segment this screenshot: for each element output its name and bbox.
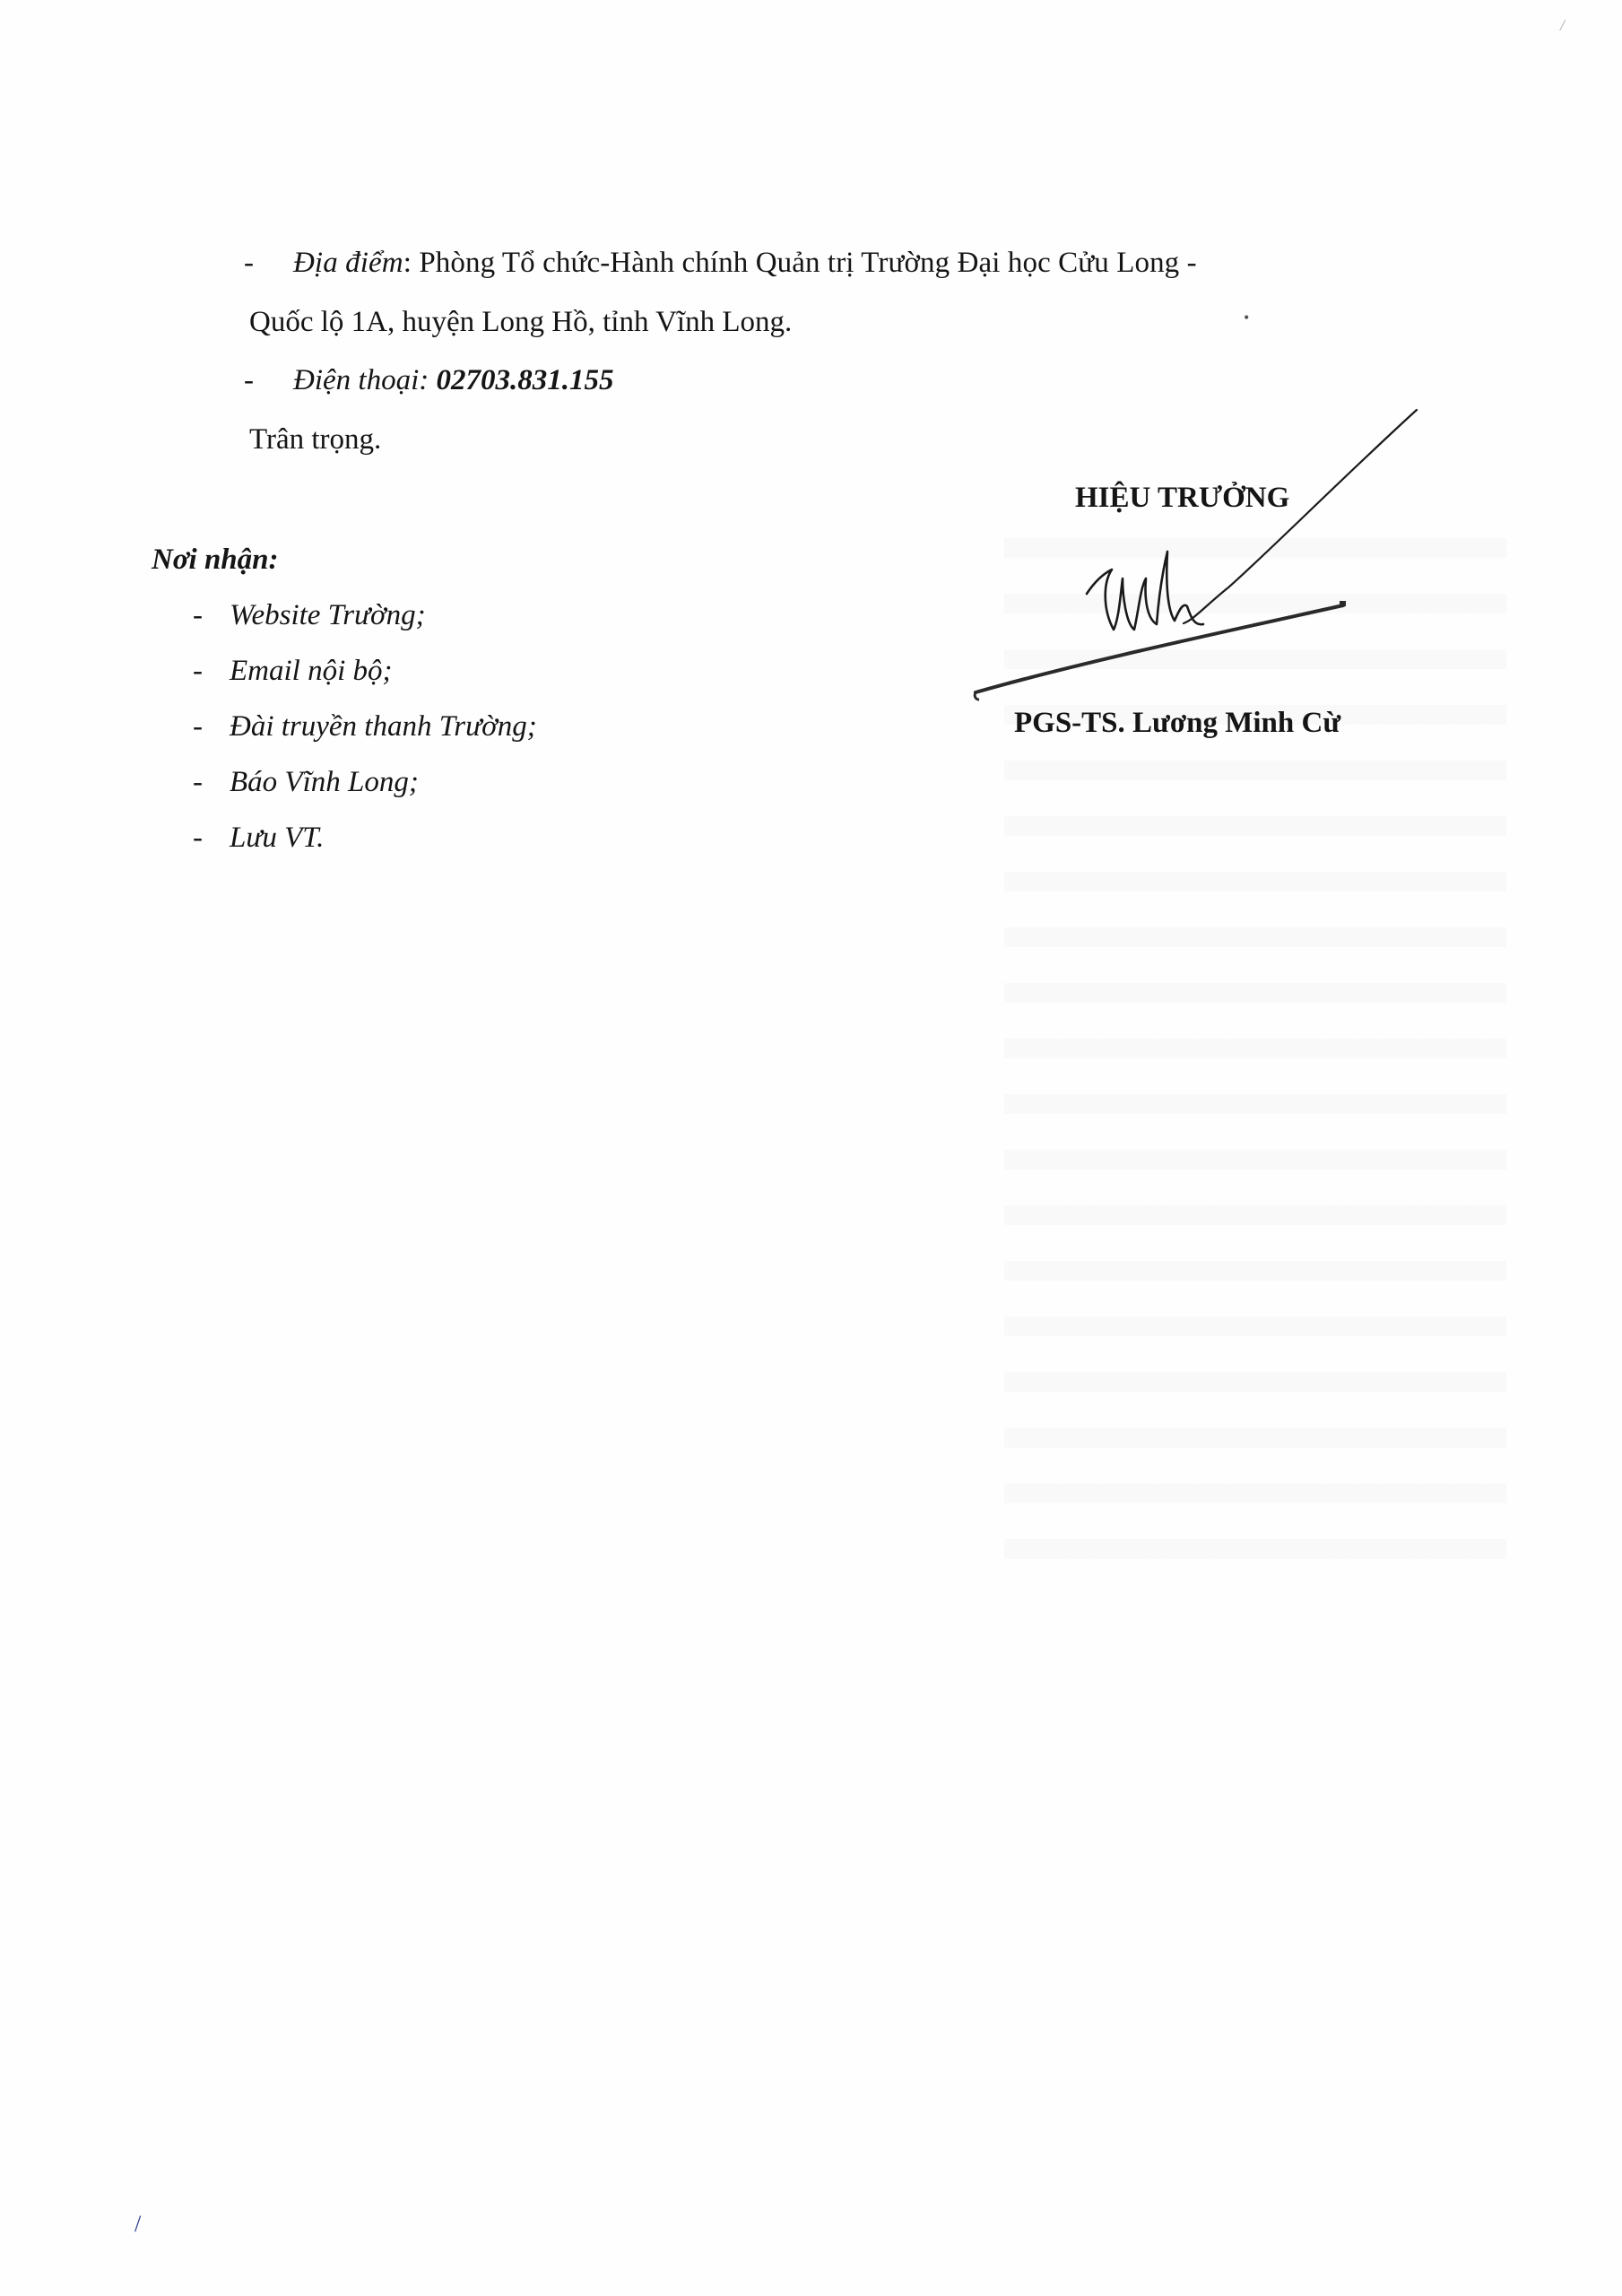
scan-mark: / — [134, 2211, 141, 2238]
document-page: - Địa điểm: Phòng Tổ chức-Hành chính Quả… — [0, 0, 1622, 2296]
recipient-item: Đài truyền thanh Trường; — [230, 709, 537, 744]
recipient-item: Lưu VT. — [230, 820, 324, 856]
location-line-2: Quốc lộ 1A, huyện Long Hồ, tỉnh Vĩnh Lon… — [249, 304, 792, 340]
location-label: Địa điểm — [293, 247, 403, 279]
phone-label: Điện thoại: — [293, 364, 436, 396]
bullet-dash: - — [244, 245, 254, 281]
bullet-dash: - — [244, 362, 254, 398]
recipient-item: Báo Vĩnh Long; — [230, 764, 419, 800]
bullet-dash: - — [193, 597, 203, 633]
bullet-dash: - — [193, 709, 203, 744]
recipient-item: Email nội bộ; — [230, 653, 392, 689]
bullet-dash: - — [193, 653, 203, 689]
bullet-dash: - — [193, 764, 203, 800]
phone-value: 02703.831.155 — [436, 364, 613, 396]
closing-text: Trân trọng. — [249, 422, 381, 457]
location-text: : Phòng Tổ chức-Hành chính Quản trị Trườ… — [403, 247, 1197, 279]
scan-mark: / — [1560, 16, 1565, 35]
handwritten-signature — [968, 395, 1596, 753]
recipient-item: Website Trường; — [230, 597, 426, 633]
bullet-dash: - — [193, 820, 203, 856]
location-line: Địa điểm: Phòng Tổ chức-Hành chính Quản … — [293, 245, 1197, 281]
recipients-title: Nơi nhận: — [152, 542, 279, 578]
phone-line: Điện thoại: 02703.831.155 — [293, 362, 613, 398]
scan-dot: • — [1244, 309, 1249, 327]
signatory-name: PGS-TS. Lương Minh Cừ — [1014, 705, 1340, 741]
